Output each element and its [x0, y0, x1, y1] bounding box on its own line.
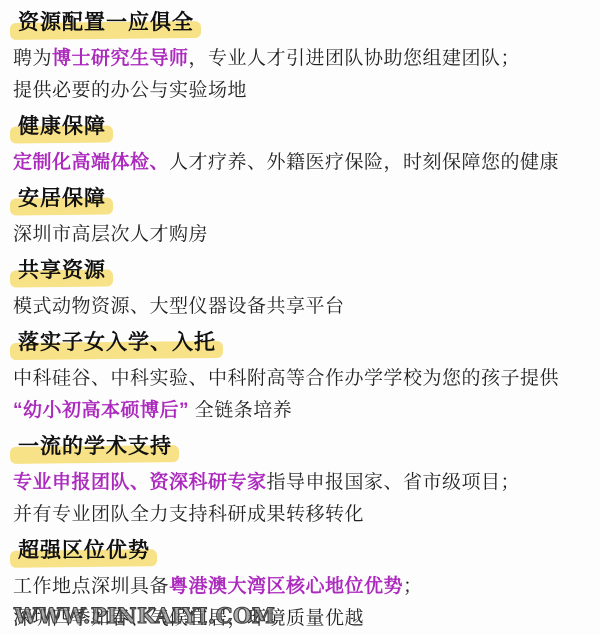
text-segment: 人才疗养、外籍医疗保险，时刻保障您的健康 [169, 152, 559, 173]
text-line: 提供必要的办公与实验场地 [13, 75, 590, 107]
section: 健康保障定制化高端体检、人才疗养、外籍医疗保险，时刻保障您的健康 [13, 113, 590, 179]
page: 资源配置一应俱全聘为博士研究生导师，专业人才引进团队协助您组建团队；提供必要的办… [0, 0, 600, 635]
text-line: 深圳市高层次人才购房 [13, 219, 590, 251]
text-line: “幼小初高本硕博后” 全链条培养 [13, 395, 590, 427]
text-segment: 全链条培养 [189, 400, 292, 421]
content: 资源配置一应俱全聘为博士研究生导师，专业人才引进团队协助您组建团队；提供必要的办… [0, 0, 600, 635]
text-segment: 深圳四季如春、气候宜居，环境质量优越 [13, 608, 364, 629]
section-heading-text: 落实子女入学、入托 [18, 329, 216, 357]
text-segment: 聘为 [13, 48, 52, 69]
section: 落实子女入学、入托中科硅谷、中科实验、中科附高等合作办学学校为您的孩子提供“幼小… [13, 329, 590, 427]
text-segment: 并有专业团队全力支持科研成果转移转化 [13, 504, 364, 525]
section: 一流的学术支持专业申报团队、资深科研专家指导申报国家、省市级项目；并有专业团队全… [13, 433, 590, 531]
text-line: 专业申报团队、资深科研专家指导申报国家、省市级项目； [13, 467, 590, 499]
text-segment: 工作地点深圳具备 [13, 576, 169, 597]
section-heading: 安居保障 [18, 185, 590, 213]
accent-text-segment: 博士研究生导师 [52, 48, 189, 69]
text-line: 并有专业团队全力支持科研成果转移转化 [13, 499, 590, 531]
accent-text-segment: 粤港澳大湾区核心地位优势 [169, 576, 403, 597]
text-segment: 指导申报国家、省市级项目； [267, 472, 521, 493]
section: 资源配置一应俱全聘为博士研究生导师，专业人才引进团队协助您组建团队；提供必要的办… [13, 9, 590, 107]
text-segment: 提供必要的办公与实验场地 [13, 80, 247, 101]
accent-text-segment: “幼小初高本硕博后” [13, 400, 189, 421]
section-heading-text: 超强区位优势 [18, 537, 150, 565]
text-line: 深圳四季如春、气候宜居，环境质量优越 [13, 603, 590, 635]
text-line: 中科硅谷、中科实验、中科附高等合作办学学校为您的孩子提供 [13, 363, 590, 395]
section-heading-text: 一流的学术支持 [18, 433, 172, 461]
text-line: 模式动物资源、大型仪器设备共享平台 [13, 291, 590, 323]
text-line: 工作地点深圳具备粤港澳大湾区核心地位优势； [13, 571, 590, 603]
section-heading: 共享资源 [18, 257, 590, 285]
text-segment: 中科硅谷、中科实验、中科附高等合作办学学校为您的孩子提供 [13, 368, 559, 389]
text-line: 聘为博士研究生导师，专业人才引进团队协助您组建团队； [13, 43, 590, 75]
accent-text-segment: 定制化高端体检、 [13, 152, 169, 173]
section-heading: 一流的学术支持 [18, 433, 590, 461]
text-segment: 深圳市高层次人才购房 [13, 224, 208, 245]
text-line: 定制化高端体检、人才疗养、外籍医疗保险，时刻保障您的健康 [13, 147, 590, 179]
text-segment: 模式动物资源、大型仪器设备共享平台 [13, 296, 345, 317]
section-heading: 超强区位优势 [18, 537, 590, 565]
section-heading: 落实子女入学、入托 [18, 329, 590, 357]
section-heading-text: 资源配置一应俱全 [18, 9, 194, 37]
accent-text-segment: 专业申报团队、资深科研专家 [13, 472, 267, 493]
section-heading-text: 安居保障 [18, 185, 106, 213]
text-segment: ，专业人才引进团队协助您组建团队； [189, 48, 521, 69]
section-heading: 健康保障 [18, 113, 590, 141]
section-heading-text: 健康保障 [18, 113, 106, 141]
section-heading: 资源配置一应俱全 [18, 9, 590, 37]
section: 超强区位优势工作地点深圳具备粤港澳大湾区核心地位优势；深圳四季如春、气候宜居，环… [13, 537, 590, 635]
text-segment: ； [403, 576, 423, 597]
section: 共享资源模式动物资源、大型仪器设备共享平台 [13, 257, 590, 323]
section: 安居保障深圳市高层次人才购房 [13, 185, 590, 251]
section-heading-text: 共享资源 [18, 257, 106, 285]
